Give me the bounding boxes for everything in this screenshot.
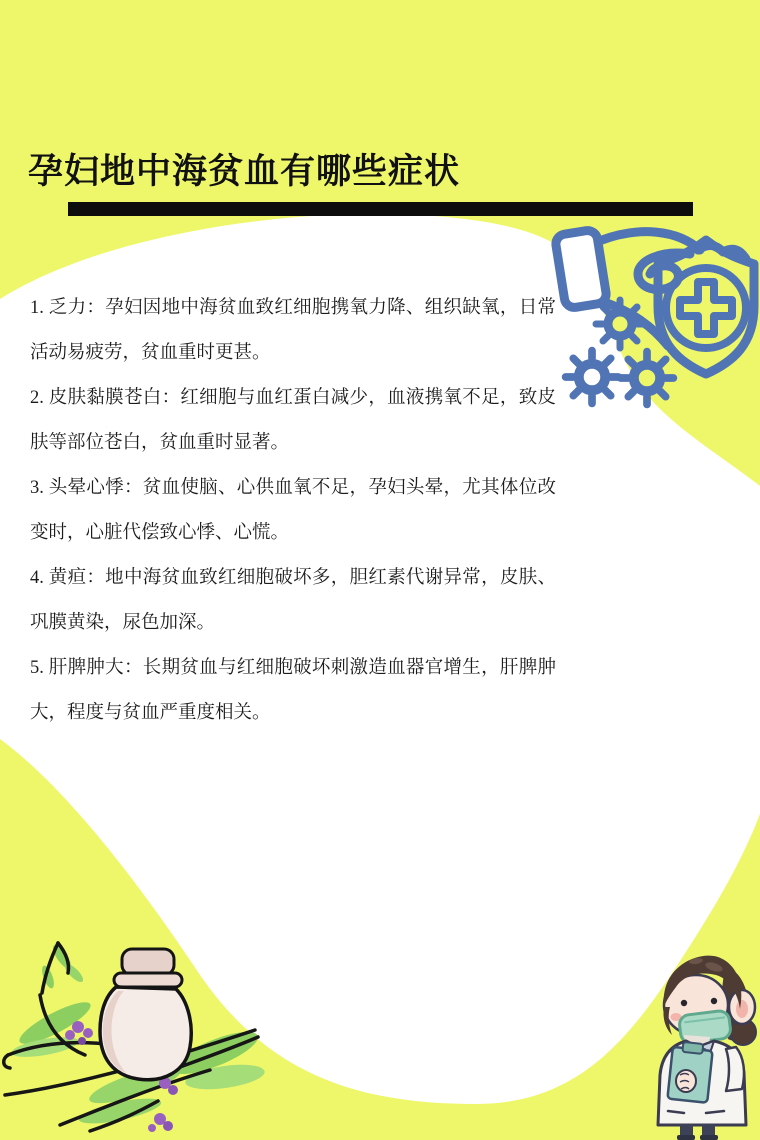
list-item: 1. 乏力：孕妇因地中海贫血致红细胞携氧力降、组织缺氧，日常活动易疲劳，贫血重时… [30,286,556,376]
doctor-head [663,956,756,1045]
medicine-bottle-icon [100,949,191,1080]
health-poster-page: 孕妇地中海贫血有哪些症状 1. 乏力：孕妇因地中海贫血致红细胞携氧力降、组织缺氧… [0,0,760,1140]
list-item: 4. 黄疸：地中海贫血致红细胞破坏多，胆红素代谢异常，皮肤、巩膜黄染，尿色加深。 [30,556,556,646]
germ-icon [621,352,674,405]
symptom-list: 1. 乏力：孕妇因地中海贫血致红细胞携氧力降、组织缺氧，日常活动易疲劳，贫血重时… [30,286,556,736]
shield-cross-icon [658,240,754,374]
list-item: 2. 皮肤黏膜苍白：红细胞与血红蛋白减少，血液携氧不足，致皮肤等部位苍白，贫血重… [30,376,556,466]
hand-shield-germs-illustration [540,210,760,420]
doctor-body [658,1035,746,1140]
germ-icon [596,300,644,348]
herbal-medicine-illustration [0,935,270,1140]
doctor-illustration [640,935,760,1140]
list-item: 5. 肝脾肿大：长期贫血与红细胞破坏刺激造血器官增生，肝脾肿大，程度与贫血严重度… [30,646,556,736]
page-title: 孕妇地中海贫血有哪些症状 [28,144,460,194]
germ-icon [566,351,619,404]
list-item: 3. 头晕心悸：贫血使脑、心供血氧不足，孕妇头晕，尤其体位改变时，心脏代偿致心悸… [30,466,556,556]
